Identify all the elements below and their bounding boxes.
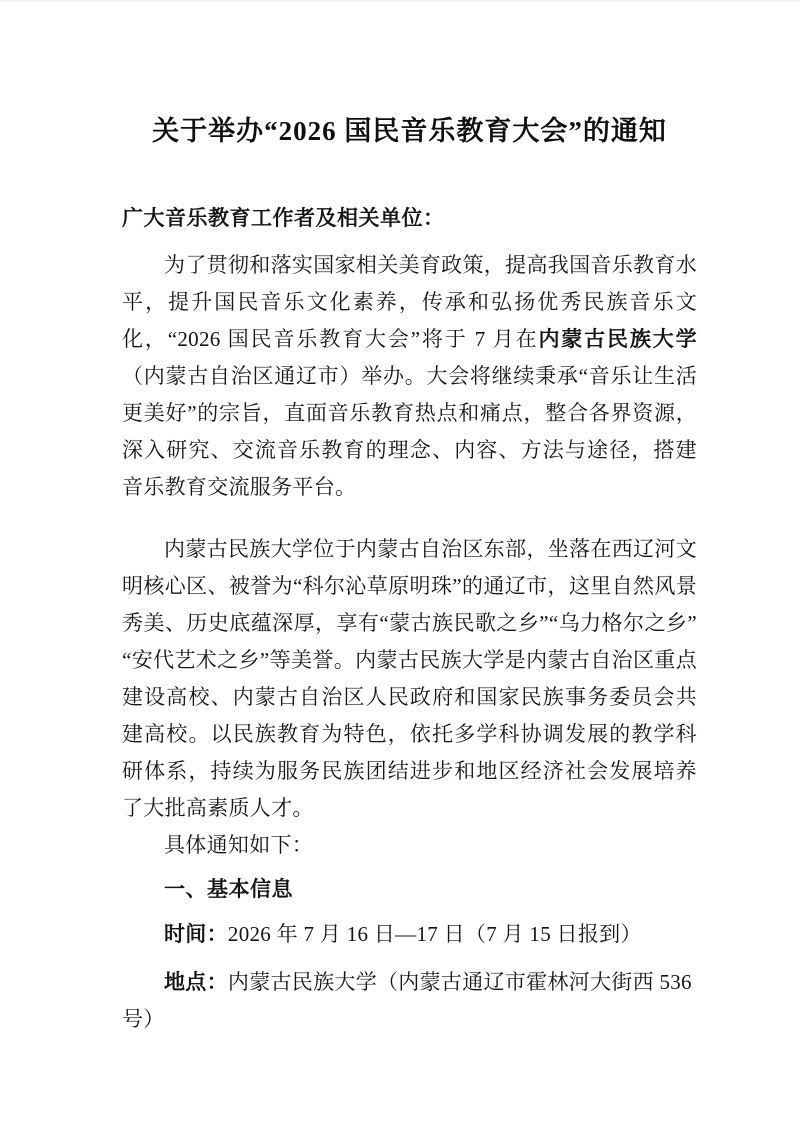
paragraph-university-profile: 内蒙古民族大学位于内蒙古自治区东部，坐落在西辽河文明核心区、被誉为“科尔沁草原明… bbox=[122, 531, 697, 827]
time-value: 2026 年 7 月 16 日—17 日（7 月 15 日报到） bbox=[228, 922, 642, 946]
document-title: 关于举办“2026 国民音乐教育大会”的通知 bbox=[122, 114, 697, 148]
location-line: 地点：内蒙古民族大学（内蒙古通辽市霍林河大街西 536 号） bbox=[122, 964, 697, 1038]
paragraph-notice-follows: 具体通知如下： bbox=[122, 827, 697, 864]
time-label: 时间： bbox=[164, 922, 228, 946]
section-heading-basic-info: 一、基本信息 bbox=[122, 871, 697, 908]
location-label: 地点： bbox=[164, 970, 228, 994]
time-line: 时间：2026 年 7 月 16 日—17 日（7 月 15 日报到） bbox=[122, 916, 697, 953]
university-name-bold: 内蒙古民族大学 bbox=[538, 327, 697, 351]
paragraph-conference-intro: 为了贯彻和落实国家相关美育政策，提高我国音乐教育水平，提升国民音乐文化素养，传承… bbox=[122, 247, 697, 506]
document-page: 关于举办“2026 国民音乐教育大会”的通知 广大音乐教育工作者及相关单位： 为… bbox=[0, 0, 800, 1131]
intro-text-run-2: （内蒙古自治区通辽市）举办。大会将继续秉承“音乐让生活更美好”的宗旨，直面音乐教… bbox=[122, 364, 697, 499]
salutation-line: 广大音乐教育工作者及相关单位： bbox=[122, 204, 697, 232]
